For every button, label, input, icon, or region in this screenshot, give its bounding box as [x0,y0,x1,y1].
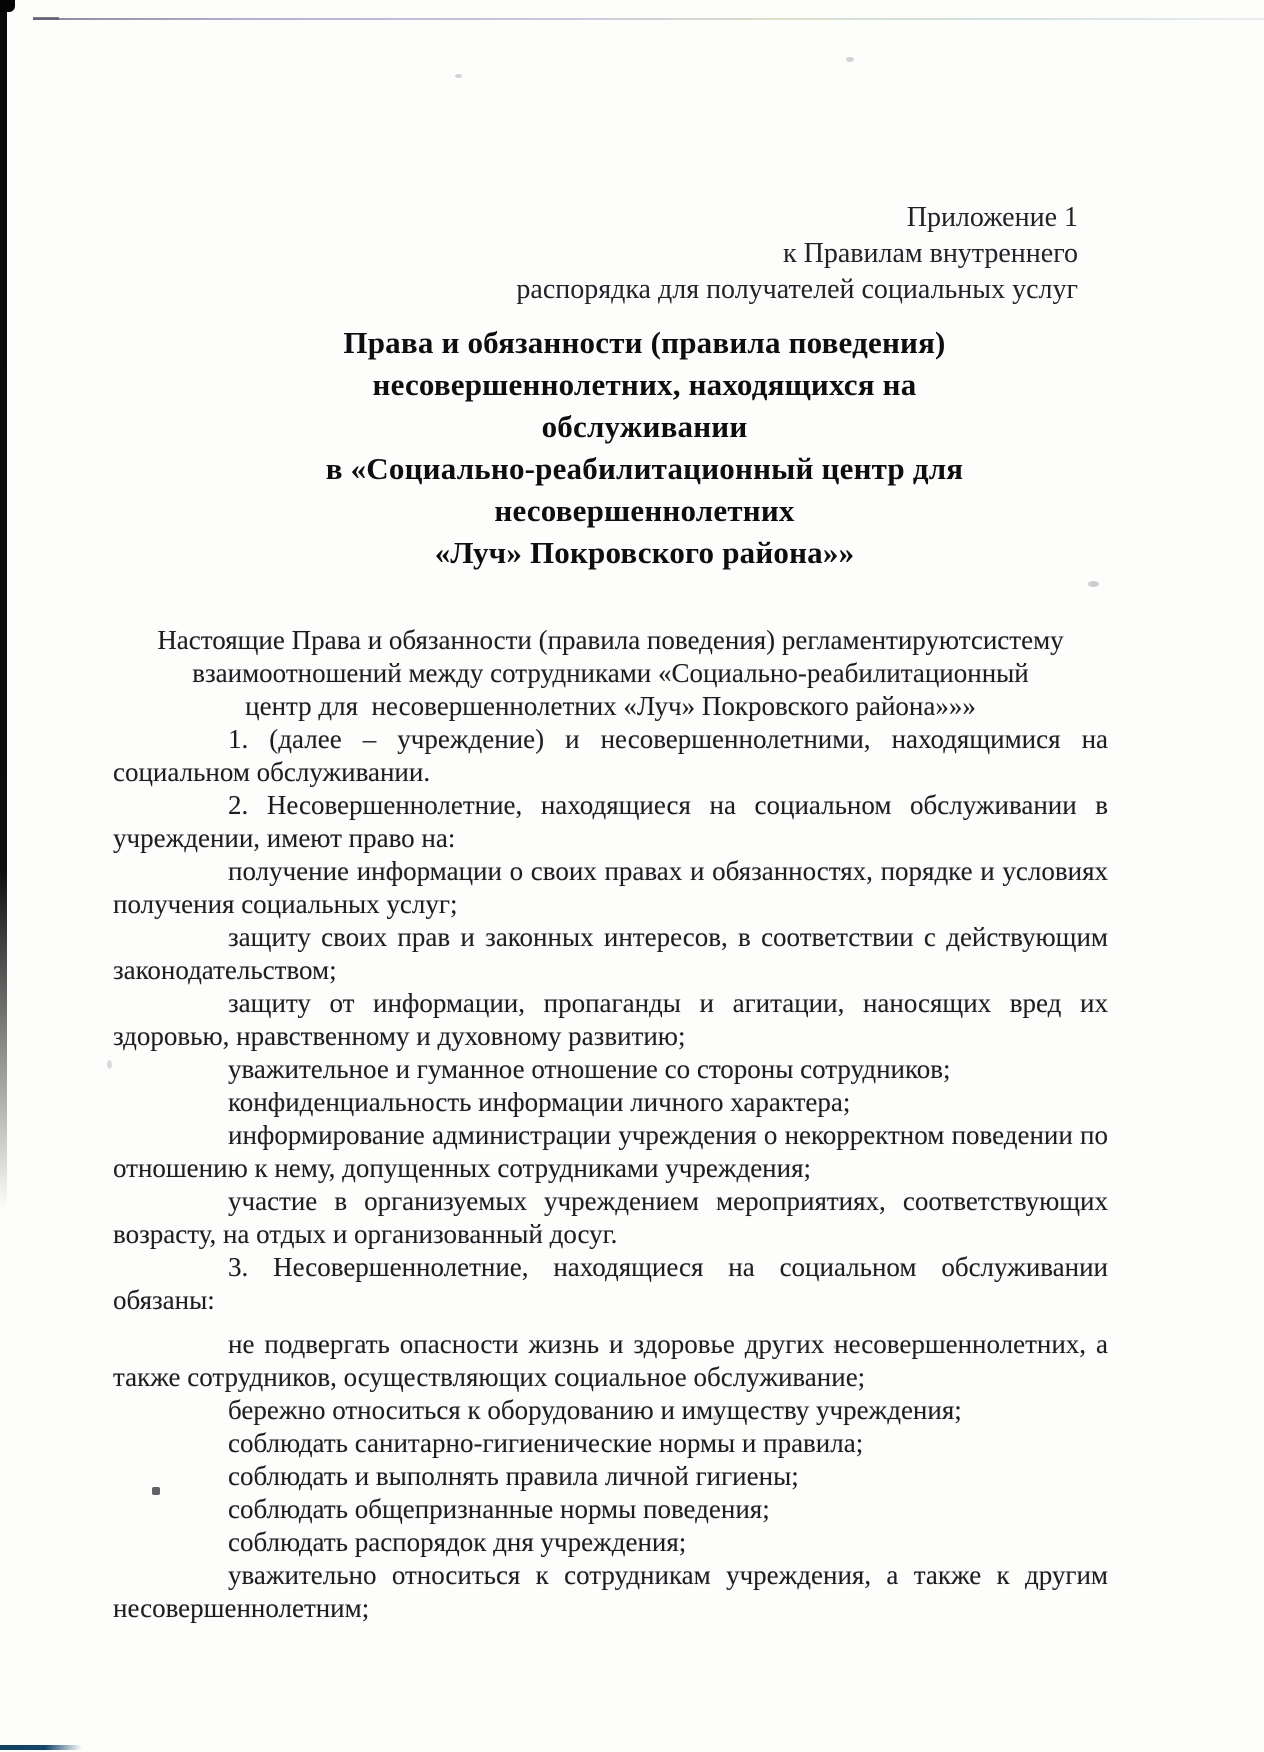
text-line: также сотрудников, осуществляющих социал… [113,1361,1108,1394]
text-line: соблюдать и выполнять правила личной гиг… [113,1460,1108,1493]
document-title-line: Права и обязанности (правила поведения) [181,322,1108,364]
paragraph: соблюдать и выполнять правила личной гиг… [113,1460,1108,1493]
document-content: Приложение 1к Правилам внутреннегораспор… [113,0,1108,1625]
text-line: законодательством; [113,954,1108,987]
paragraph: 2. Несовершеннолетние, находящиеся на со… [113,789,1108,855]
paragraph: конфиденциальность информации личного ха… [113,1086,1108,1119]
text-line: соблюдать распорядок дня учреждения; [113,1526,1108,1559]
paragraph: защиту своих прав и законных интересов, … [113,921,1108,987]
paragraph: Настоящие Права и обязанности (правила п… [113,624,1108,723]
text-line: соблюдать санитарно-гигиенические нормы … [113,1427,1108,1460]
appendix-header-line: распорядка для получателей социальных ус… [113,272,1078,308]
scanned-document-page: Приложение 1к Правилам внутреннегораспор… [0,0,1264,1752]
text-line: 3. Несовершеннолетние, находящиеся на со… [113,1251,1108,1284]
paragraph: соблюдать общепризнанные нормы поведения… [113,1493,1108,1526]
paragraph: соблюдать распорядок дня учреждения; [113,1526,1108,1559]
text-line: бережно относиться к оборудованию и имущ… [113,1394,1108,1427]
paragraph: уважительно относиться к сотрудникам учр… [113,1559,1108,1625]
text-line: получения социальных услуг; [113,888,1108,921]
paragraph: не подвергать опасности жизнь и здоровье… [113,1328,1108,1394]
paragraph: 3. Несовершеннолетние, находящиеся на со… [113,1251,1108,1317]
text-line: информирование администрации учреждения … [113,1119,1108,1152]
text-line: центр для несовершеннолетних «Луч» Покро… [113,690,1108,723]
scan-artifact-corner-mark [0,0,15,12]
text-line: уважительное и гуманное отношение со сто… [113,1053,1108,1086]
paragraph: уважительное и гуманное отношение со сто… [113,1053,1108,1086]
appendix-header: Приложение 1к Правилам внутреннегораспор… [113,200,1108,308]
text-line: отношению к нему, допущенных сотрудникам… [113,1152,1108,1185]
text-line: возрасту, на отдых и организованный досу… [113,1218,1108,1251]
paragraph: получение информации о своих правах и об… [113,855,1108,921]
text-line: здоровью, нравственному и духовному разв… [113,1020,1108,1053]
scan-artifact-top-line-start [33,17,59,20]
paragraph: бережно относиться к оборудованию и имущ… [113,1394,1108,1427]
appendix-header-line: Приложение 1 [113,200,1078,236]
paragraph: участие в организуемых учреждением мероп… [113,1185,1108,1251]
text-line: 1. (далее – учреждение) и несовершенноле… [113,723,1108,756]
text-line: 2. Несовершеннолетние, находящиеся на со… [113,789,1108,822]
document-title-line: несовершеннолетних, находящихся на [181,364,1108,406]
paragraph: соблюдать санитарно-гигиенические нормы … [113,1427,1108,1460]
text-line: получение информации о своих правах и об… [113,855,1108,888]
scan-artifact-left-edge [0,0,7,1210]
text-line: не подвергать опасности жизнь и здоровье… [113,1328,1108,1361]
text-line: социальном обслуживании. [113,756,1108,789]
text-line: несовершеннолетним; [113,1592,1108,1625]
document-title-line: в «Социально-реабилитационный центр для … [181,448,1108,532]
document-title-line: обслуживании [181,406,1108,448]
scan-speck [107,1060,112,1069]
paragraph: 1. (далее – учреждение) и несовершенноле… [113,723,1108,789]
text-line: защиту от информации, пропаганды и агита… [113,987,1108,1020]
text-line: соблюдать общепризнанные нормы поведения… [113,1493,1108,1526]
paragraph: информирование администрации учреждения … [113,1119,1108,1185]
text-line: конфиденциальность информации личного ха… [113,1086,1108,1119]
text-line: Настоящие Права и обязанности (правила п… [113,624,1108,657]
text-line: защиту своих прав и законных интересов, … [113,921,1108,954]
appendix-header-line: к Правилам внутреннего [113,236,1078,272]
text-line: обязаны: [113,1284,1108,1317]
text-line: учреждении, имеют право на: [113,822,1108,855]
paragraph: защиту от информации, пропаганды и агита… [113,987,1108,1053]
text-line: участие в организуемых учреждением мероп… [113,1185,1108,1218]
scan-artifact-bottom-line [0,1745,82,1750]
text-line: уважительно относиться к сотрудникам учр… [113,1559,1108,1592]
text-line: взаимоотношений между сотрудниками «Соци… [113,657,1108,690]
document-title-line: «Луч» Покровского района»» [181,532,1108,574]
document-title: Права и обязанности (правила поведения)н… [113,322,1108,574]
document-body: Настоящие Права и обязанности (правила п… [113,624,1108,1625]
